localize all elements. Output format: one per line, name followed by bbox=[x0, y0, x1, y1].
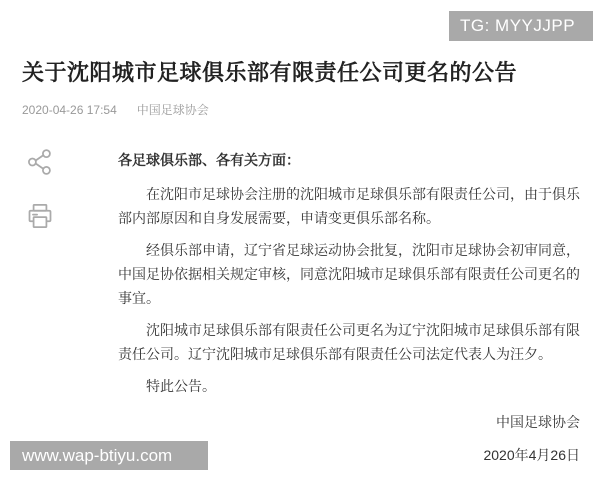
paragraph-2: 经俱乐部申请，辽宁省足球运动协会批复，沈阳市足球协会初审同意，中国足协依据相关规… bbox=[118, 238, 580, 310]
share-button[interactable] bbox=[25, 148, 55, 178]
print-icon bbox=[26, 202, 54, 233]
site-watermark: www.wap-btiyu.com bbox=[10, 441, 208, 470]
article: 关于沈阳城市足球俱乐部有限责任公司更名的公告 2020-04-26 17:54 … bbox=[0, 0, 600, 467]
closing-line: 特此公告。 bbox=[118, 374, 580, 398]
article-page: TG: MYYJJPP 关于沈阳城市足球俱乐部有限责任公司更名的公告 2020-… bbox=[0, 0, 600, 480]
print-button[interactable] bbox=[25, 202, 55, 232]
article-body: 各足球俱乐部、各有关方面： 在沈阳市足球协会注册的沈阳城市足球俱乐部有限责任公司… bbox=[118, 148, 580, 467]
salutation: 各足球俱乐部、各有关方面： bbox=[118, 148, 580, 172]
article-toolbar bbox=[22, 148, 118, 467]
share-icon bbox=[26, 148, 54, 179]
paragraph-3: 沈阳城市足球俱乐部有限责任公司更名为辽宁沈阳城市足球俱乐部有限责任公司。辽宁沈阳… bbox=[118, 318, 580, 366]
publish-date: 2020-04-26 17:54 bbox=[22, 103, 117, 117]
content-row: 各足球俱乐部、各有关方面： 在沈阳市足球协会注册的沈阳城市足球俱乐部有限责任公司… bbox=[22, 148, 580, 467]
paragraph-1: 在沈阳市足球协会注册的沈阳城市足球俱乐部有限责任公司，由于俱乐部内部原因和自身发… bbox=[118, 182, 580, 230]
signature-org: 中国足球协会 bbox=[118, 410, 580, 434]
tg-watermark-badge: TG: MYYJJPP bbox=[449, 11, 593, 41]
source-name: 中国足球协会 bbox=[137, 101, 209, 118]
article-meta: 2020-04-26 17:54 中国足球协会 bbox=[22, 101, 580, 118]
page-title: 关于沈阳城市足球俱乐部有限责任公司更名的公告 bbox=[22, 56, 580, 90]
